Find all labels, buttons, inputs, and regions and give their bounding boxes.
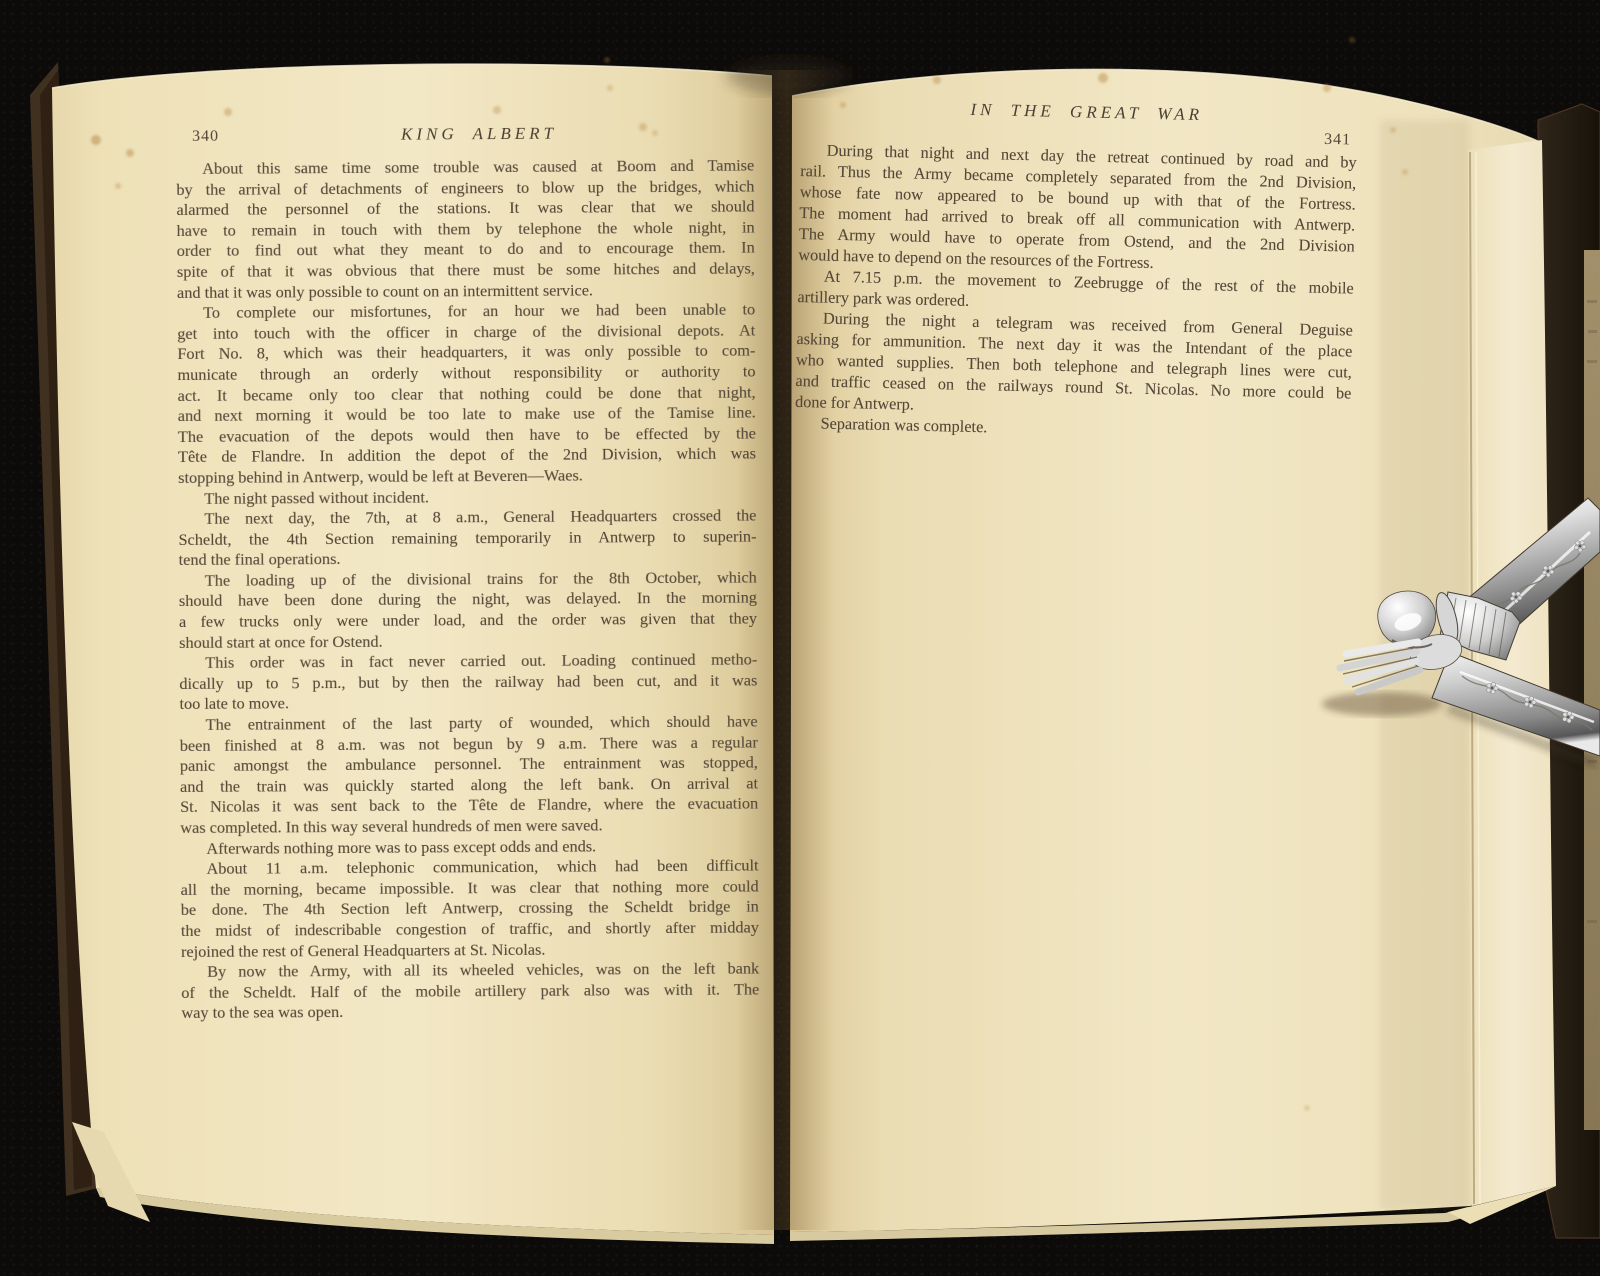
text-line: St. Nicolas it was sent back to the Tête…	[180, 794, 758, 818]
text-line: Tête de Flandre. In addition the depot o…	[178, 444, 756, 468]
paragraph: By now the Army, with all its wheeled ve…	[181, 959, 759, 1024]
right-page: IN THE GREAT WAR 341 During that night a…	[794, 96, 1358, 446]
paragraph: About this same time some trouble was ca…	[176, 155, 755, 303]
text-line: spite of that it was obvious that there …	[177, 258, 755, 282]
right-page-bend-shade	[1380, 120, 1470, 1210]
paragraph: During the night a telegram was received…	[795, 307, 1353, 425]
gutter-top-shadow	[726, 58, 850, 94]
left-page: 340 KING ALBERT About this same time som…	[176, 122, 759, 1023]
paragraph: About 11 a.m. telephonic communication, …	[180, 856, 759, 962]
text-line: municate through an orderly without resp…	[177, 361, 755, 385]
text-line: a few trucks only were under load, and t…	[179, 609, 757, 633]
text-line: of the Scheldt. Half of the mobile artil…	[181, 979, 759, 1003]
running-head-right: IN THE GREAT WAR	[970, 100, 1203, 124]
text-line: dically up to 5 p.m., but by then the ra…	[179, 670, 757, 694]
running-head-left: KING ALBERT	[401, 124, 557, 145]
adjacent-book-edge	[1584, 250, 1600, 1130]
paragraph: The next day, the 7th, at 8 a.m., Genera…	[178, 506, 756, 571]
paragraph: The entrainment of the last party of wou…	[180, 711, 759, 838]
text-line: the midst of indescribable congestion of…	[181, 917, 759, 941]
text-line: Scheldt, the 4th Section remaining tempo…	[178, 526, 756, 550]
page-number-left: 340	[192, 128, 219, 146]
right-page-paragraphs: During that night and next day the retre…	[794, 139, 1357, 446]
photo-backdrop: 340 KING ALBERT About this same time som…	[0, 0, 1600, 1276]
left-page-header: 340 KING ALBERT	[176, 122, 754, 148]
paragraph: The loading up of the divisional trains …	[179, 567, 757, 653]
text-line: way to the sea was open.	[181, 1000, 759, 1024]
paragraph: To complete our misfortunes, for an hour…	[177, 300, 756, 489]
text-line: About this same time some trouble was ca…	[176, 155, 754, 179]
paragraph: This order was in fact never carried out…	[179, 650, 757, 715]
left-page-paragraphs: About this same time some trouble was ca…	[176, 155, 759, 1023]
right-page-fold-flap	[1468, 140, 1556, 1206]
paragraph: During that night and next day the retre…	[798, 139, 1357, 278]
